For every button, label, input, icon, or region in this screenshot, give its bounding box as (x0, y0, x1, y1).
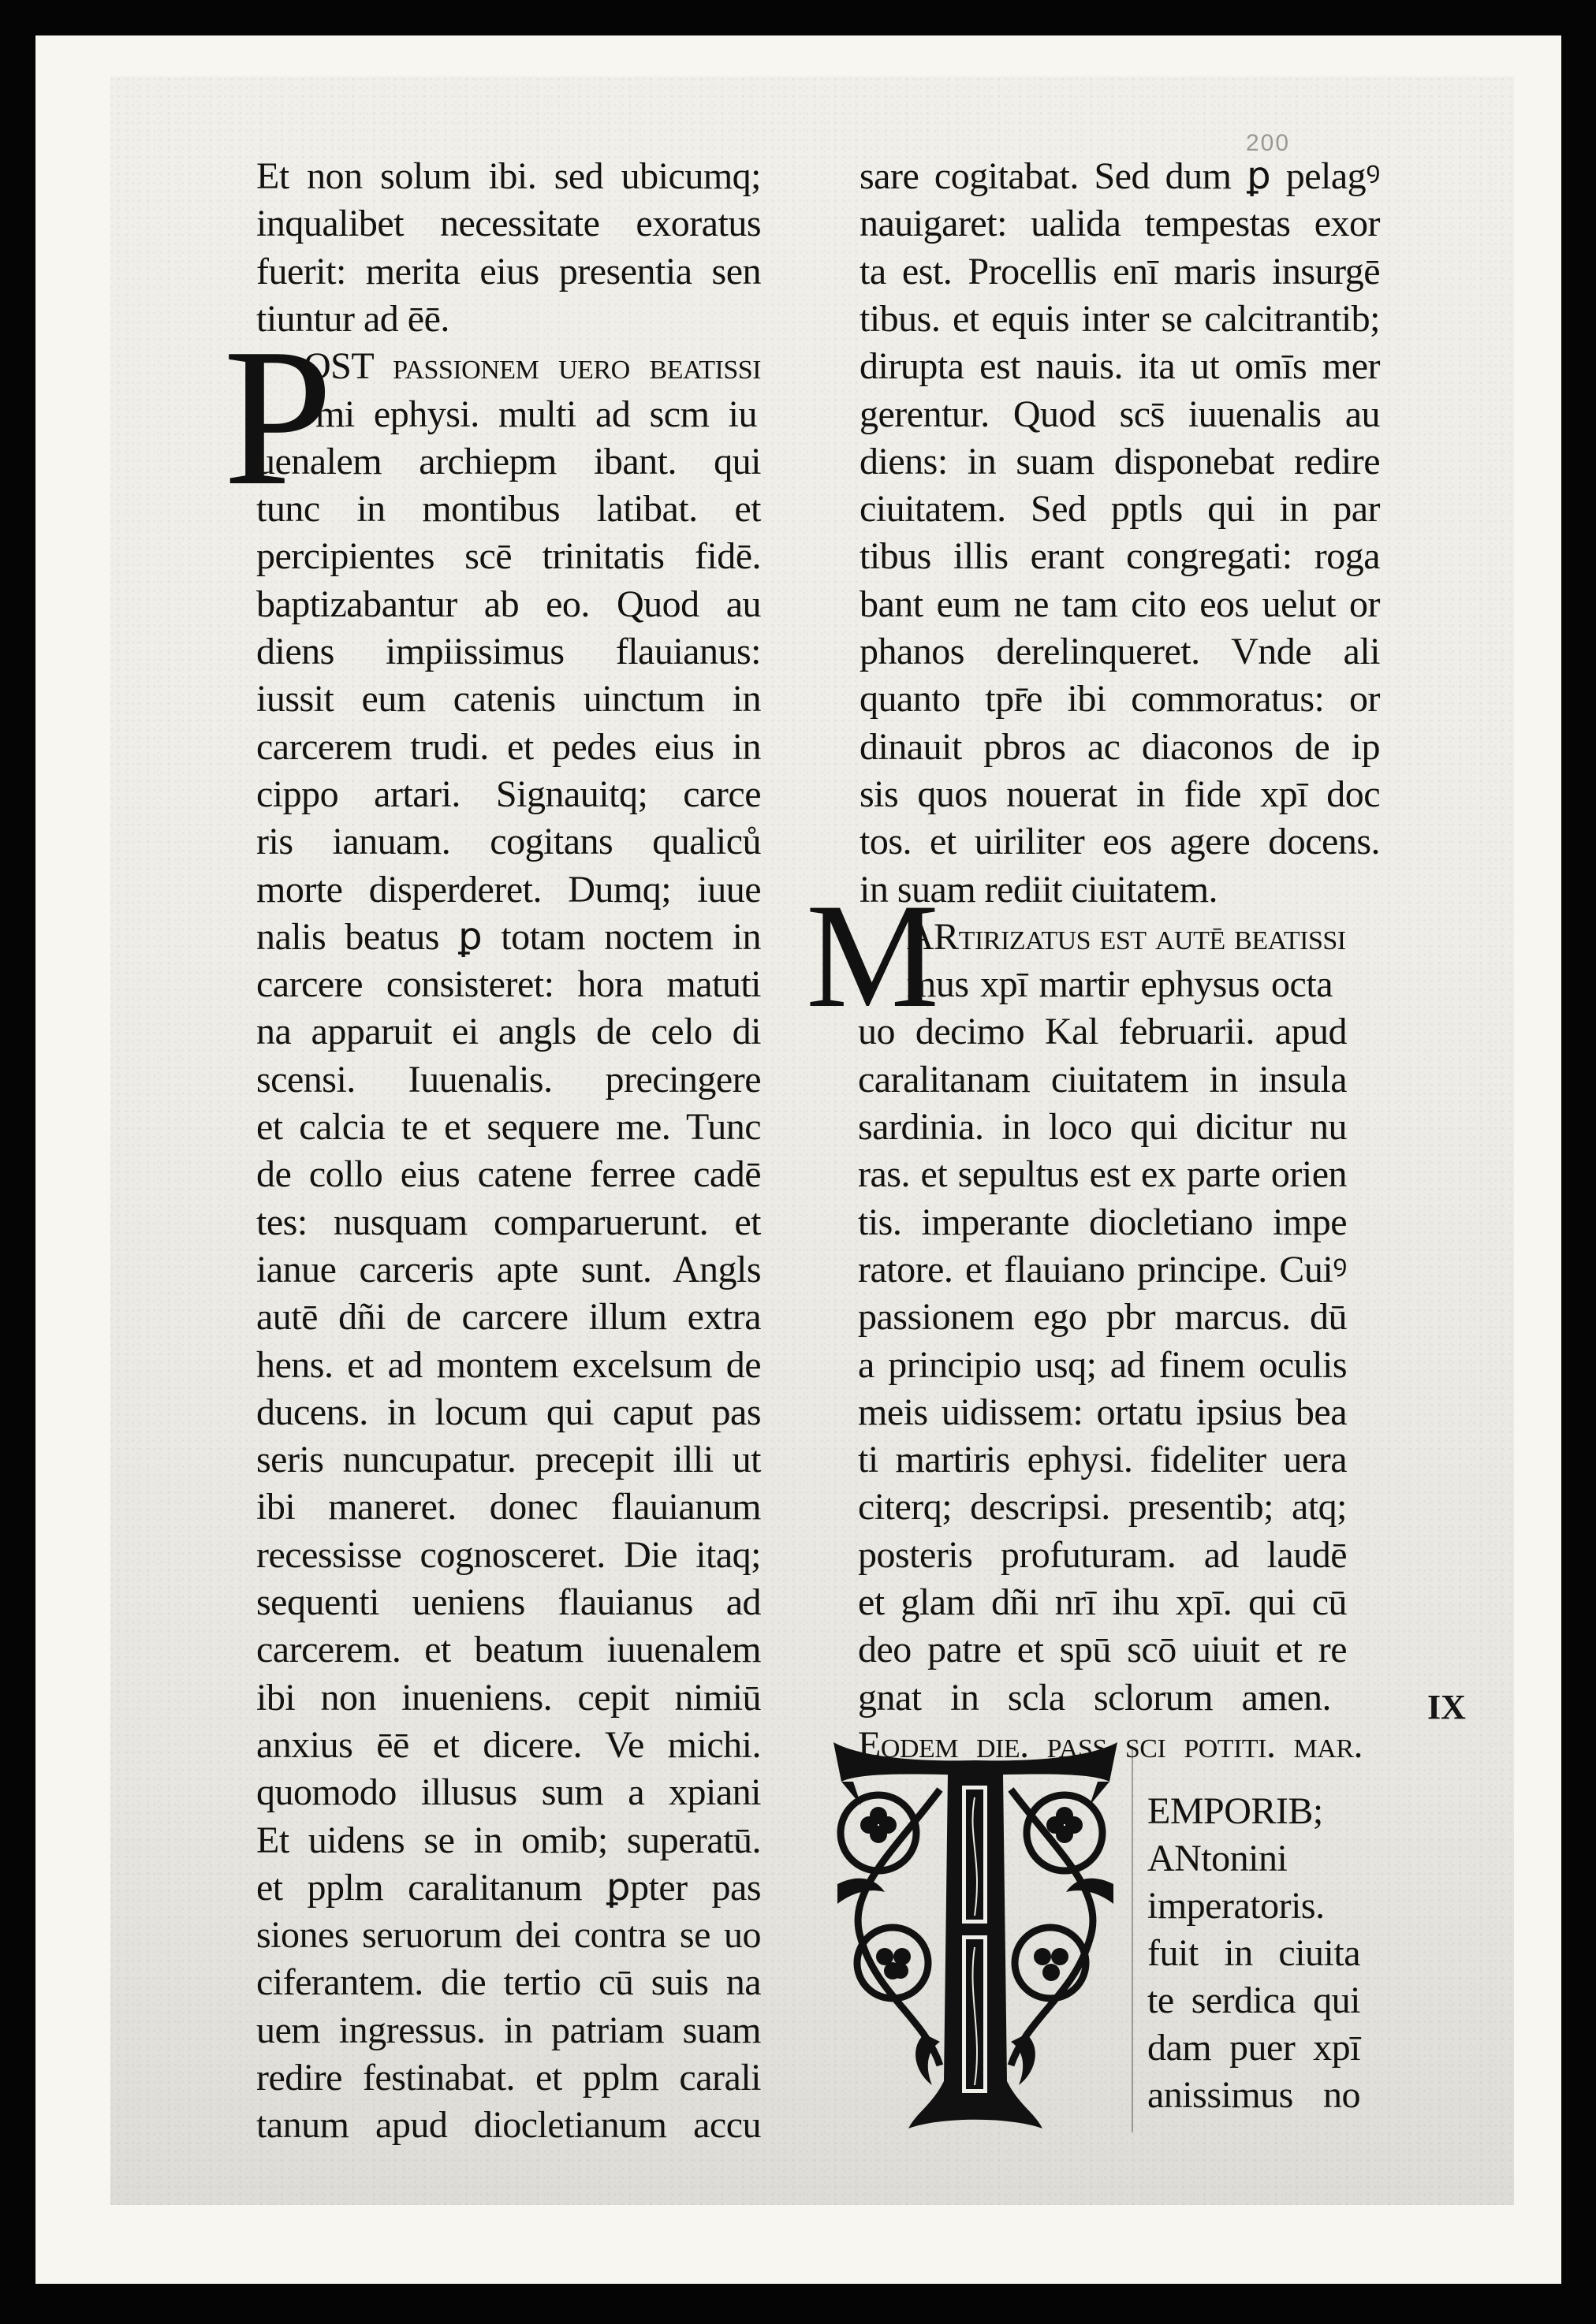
manuscript-line: mus xpī martir ephysus octa (907, 963, 1333, 1007)
manuscript-line: ciferantem. die tertio cū suis na (256, 1961, 761, 2005)
manuscript-line: passionem ego pbr marcus. dū (858, 1295, 1347, 1339)
manuscript-line: nalis beatus ꝑ totam noctem in (256, 915, 761, 959)
manuscript-line: ti martiris ephysi. fideliter uera (858, 1438, 1347, 1482)
manuscript-line: uo decimo Kal februarii. apud (858, 1010, 1347, 1054)
manuscript-line: anxius ēē et dicere. Ve michi. (256, 1723, 761, 1767)
manuscript-line: anissimus no (1147, 2073, 1360, 2117)
manuscript-line: a principio usq; ad finem oculis (858, 1343, 1347, 1387)
manuscript-line: quanto tpr̄e ibi commoratus: or (860, 677, 1380, 721)
manuscript-line: recessisse cognosceret. Die itaq; (256, 1533, 761, 1577)
manuscript-line: posteris profuturam. ad laudē (858, 1533, 1347, 1577)
manuscript-line: ibi non inueniens. cepit nimiū (256, 1676, 761, 1720)
manuscript-line: ibi maneret. donec flauianum (256, 1485, 761, 1529)
manuscript-line: dinauit pbros ac diaconos de ip (860, 725, 1380, 769)
manuscript-line: bant eum ne tam cito eos uelut or (860, 583, 1380, 627)
manuscript-line: sequenti ueniens flauianus ad (256, 1581, 761, 1625)
manuscript-line: ANtonini (1147, 1837, 1360, 1881)
manuscript-line: ciuitatem. Sed pptls qui in par (860, 487, 1380, 531)
manuscript-line: dam puer xpī (1147, 2026, 1360, 2070)
manuscript-line: diens impiissimus flauianus: (256, 630, 761, 674)
manuscript-line: in suam rediit ciuitatem. (860, 868, 1380, 912)
manuscript-line: de collo eius catene ferree cadē (256, 1153, 761, 1197)
manuscript-line: iussit eum catenis uinctum in (256, 677, 761, 721)
manuscript-line: gerentur. Quod scs̄ iuuenalis au (860, 393, 1380, 437)
decorated-initial-t-icon (830, 1734, 1121, 2132)
manuscript-line: EMPORIB; (1147, 1790, 1360, 1834)
manuscript-line: carcerem trudi. et pedes eius in (256, 725, 761, 769)
manuscript-line: imperatoris. (1147, 1884, 1360, 1928)
manuscript-line: Et non solum ibi. sed ubicumq; (256, 155, 761, 199)
manuscript-line: carcere consisteret: hora matuti (256, 963, 761, 1007)
manuscript-line: nauigaret: ualida tempestas exor (860, 202, 1380, 246)
manuscript-line: et pplm caralitanum ꝑpter pas (256, 1866, 761, 1910)
manuscript-line: baptizabantur ab eo. Quod au (256, 583, 761, 627)
manuscript-line: gnat in scla sclorum amen. (858, 1676, 1331, 1720)
manuscript-line: tos. et uiriliter eos agere docens. (860, 820, 1380, 864)
manuscript-line: meis uidissem: ortatu ipsius bea (858, 1391, 1347, 1435)
manuscript-line: ducens. in locum qui caput pas (256, 1391, 761, 1435)
manuscript-line: tibus illis erant congregati: roga (860, 534, 1380, 579)
manuscript-line: tiuntur ad ēē. (256, 297, 761, 341)
manuscript-line: carcerem. et beatum iuuenalem (256, 1628, 761, 1672)
manuscript-line: diens: in suam disponebat redire (860, 440, 1380, 484)
ruling-line (1132, 1746, 1133, 2132)
manuscript-line: Et uidens se in omib; superatū. (256, 1819, 761, 1863)
manuscript-line: na apparuit ei angls de celo di (256, 1010, 761, 1054)
manuscript-line: deo patre et spū scō uiuit et re (858, 1628, 1347, 1672)
manuscript-line: ratore. et flauiano principe. Cuiꝰ (858, 1248, 1347, 1292)
manuscript-line: citerq; descripsi. presentib; atq; (858, 1485, 1347, 1529)
manuscript-line: fuit in ciuita (1147, 1931, 1360, 1976)
manuscript-line: hens. et ad montem excelsum de (256, 1343, 761, 1387)
manuscript-line: tibus. et equis inter se calcitrantib; (860, 297, 1380, 341)
manuscript-line: phanos derelinqueret. Vnde ali (860, 630, 1380, 674)
manuscript-line: ris ianuam. cogitans qualiců (256, 820, 761, 864)
manuscript-line: sare cogitabat. Sed dum ꝑ pelagꝰ (860, 155, 1380, 199)
manuscript-line: tunc in montibus latibat. et (256, 487, 761, 531)
manuscript-line: morte disperderet. Dumq; iuue (256, 868, 761, 912)
manuscript-line: tanum apud diocletianum accu (256, 2103, 761, 2147)
manuscript-line: inqualibet necessitate exoratus (256, 202, 761, 246)
manuscript-line: ta est. Procellis enī maris insurgē (860, 250, 1380, 294)
manuscript-line: et calcia te et sequere me. Tunc (256, 1105, 761, 1149)
manuscript-line: sardinia. in loco qui dicitur nu (858, 1105, 1347, 1149)
manuscript-line: tes: nusquam comparuerunt. et (256, 1201, 761, 1245)
manuscript-line: siones seruorum dei contra se uo (256, 1913, 761, 1957)
manuscript-line: sis quos nouerat in fide xpī doc (860, 773, 1380, 817)
manuscript-line: fuerit: merita eius presentia sen (256, 250, 761, 294)
manuscript-line: ARtirizatus est autē beatissi (907, 915, 1333, 959)
manuscript-line: autē dñi de carcere illum extra (256, 1295, 761, 1339)
manuscript-line: percipientes scē trinitatis fidē. (256, 534, 761, 579)
manuscript-line: uenalem archiepm ibant. qui (256, 440, 761, 484)
manuscript-line: et glam dñi nrī ihu xpī. qui cū (858, 1581, 1347, 1625)
manuscript-line: scensi. Iuuenalis. precingere (256, 1058, 761, 1102)
margin-mark: IX (1427, 1687, 1466, 1727)
manuscript-line: te serdica qui (1147, 1979, 1360, 2023)
manuscript-line: redire festinabat. et pplm carali (256, 2056, 761, 2100)
manuscript-line: seris nuncupatur. precepit illi ut (256, 1438, 761, 1482)
manuscript-line: ianue carceris apte sunt. Angls (256, 1248, 761, 1292)
manuscript-line: cippo artari. Signauitq; carce (256, 773, 761, 817)
manuscript-line: quomodo illusus sum a xpiani (256, 1771, 761, 1815)
manuscript-line: tis. imperante diocletiano impe (858, 1201, 1347, 1245)
manuscript-line: uem ingressus. in patriam suam (256, 2009, 761, 2053)
folio-number: 200 (1246, 130, 1290, 157)
manuscript-line: caralitanam ciuitatem in insula (858, 1058, 1347, 1102)
manuscript-line: dirupta est nauis. ita ut omīs mer (860, 345, 1380, 389)
manuscript-line: OST passionem uero beatissi (304, 345, 761, 389)
manuscript-line: ras. et sepultus est ex parte orien (858, 1153, 1347, 1197)
manuscript-line: mi ephysi. multi ad scm iu (315, 393, 757, 437)
